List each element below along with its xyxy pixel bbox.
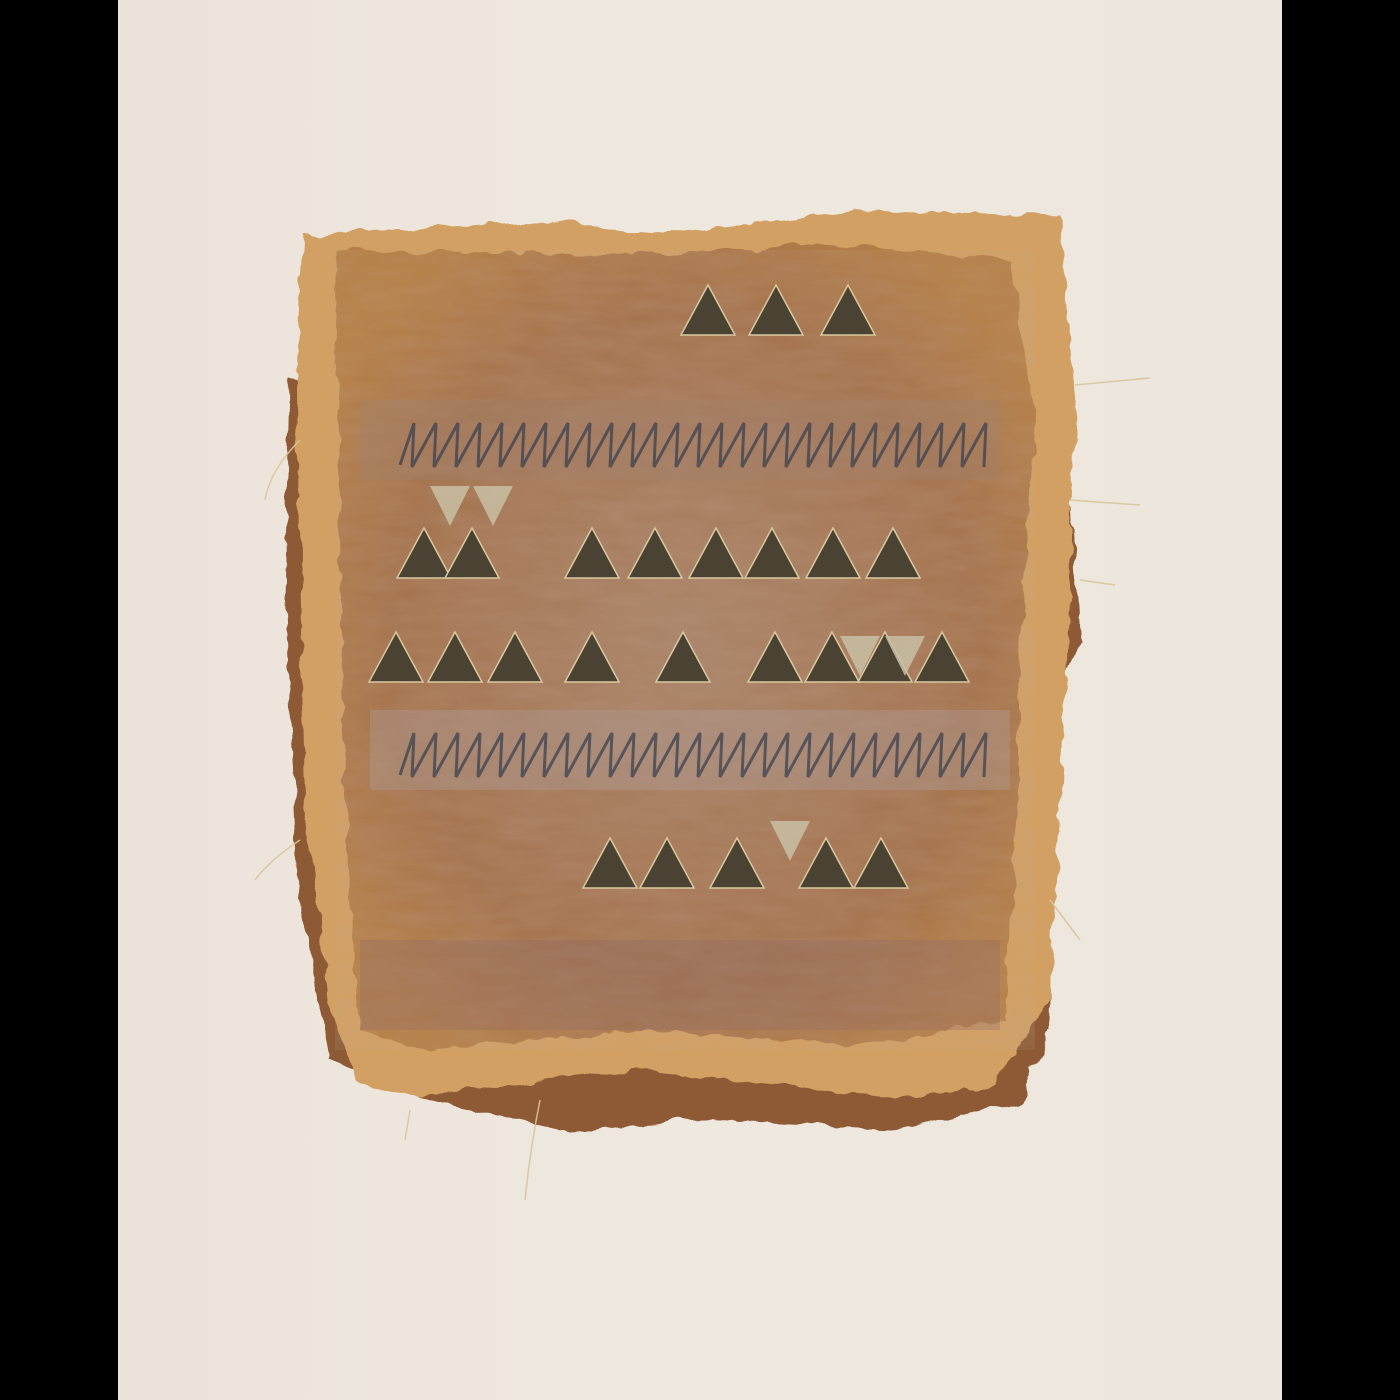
artwork-paper [0, 0, 1400, 1400]
